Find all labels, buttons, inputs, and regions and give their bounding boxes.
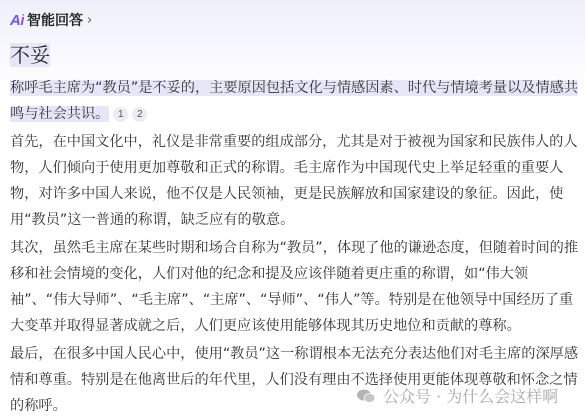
header-title[interactable]: 智能回答 xyxy=(27,10,83,30)
answer-summary: 称呼毛主席为“教员”是不妥的，主要原因包括文化与情感因素、时代与情境考量以及情感… xyxy=(10,75,580,127)
summary-text: 称呼毛主席为“教员”是不妥的，主要原因包括文化与情感因素、时代与情境考量以及情感… xyxy=(10,80,578,122)
watermark: 公众号 · 为什么会这样啊 xyxy=(357,384,558,407)
answer-title: 不妥 xyxy=(10,42,50,68)
answer-content: 称呼毛主席为“教员”是不妥的，主要原因包括文化与情感因素、时代与情境考量以及情感… xyxy=(10,75,580,418)
paragraph-second: 其次，虽然毛主席在某些时期和场合自称为“教员”，体现了他的谦逊态度，但随着时间的… xyxy=(10,235,580,339)
citation-badge-2[interactable]: 2 xyxy=(132,107,147,122)
ai-logo-icon: Ai xyxy=(10,12,24,29)
watermark-text: 公众号 · 为什么会这样啊 xyxy=(383,384,558,407)
paragraph-first: 首先，在中国文化中，礼仪是非常重要的组成部分，尤其是对于被视为国家和民族伟人的人… xyxy=(10,129,580,233)
wechat-icon xyxy=(357,389,375,403)
answer-title-text: 不妥 xyxy=(10,43,50,67)
chevron-right-icon[interactable]: › xyxy=(87,13,92,28)
smart-answer-header[interactable]: Ai 智能回答 › xyxy=(10,10,92,30)
citation-badge-1[interactable]: 1 xyxy=(113,107,128,122)
